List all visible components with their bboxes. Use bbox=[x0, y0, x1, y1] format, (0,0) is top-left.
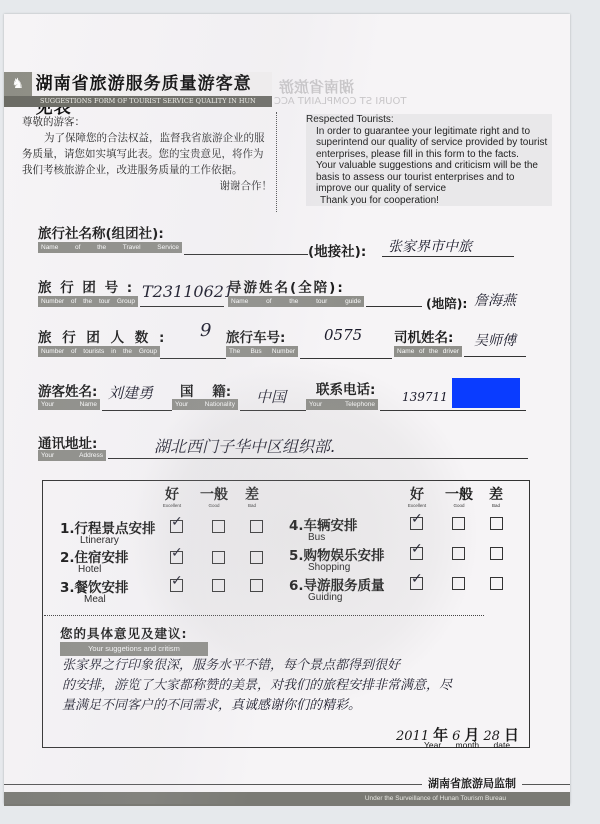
suggestions-textarea[interactable]: 张家界之行印象很深，服务水平不错，每个景点都得到很好 的安排，游览了大家都称赞的… bbox=[62, 656, 512, 716]
rating-item-bus: 4.车辆安排 bbox=[289, 514, 358, 534]
checkbox-hotel-good[interactable] bbox=[212, 551, 225, 564]
date-labels-en: Year month date bbox=[424, 740, 510, 750]
travel-service-label: 旅行社名称(组团社): bbox=[38, 222, 164, 242]
tourist-count-label-en: Number of tourists in the Group bbox=[38, 346, 160, 357]
bleed-through-subtitle: TOURI ST COMPLAINT ACC bbox=[274, 96, 407, 107]
label-en-word: Your bbox=[175, 399, 188, 410]
local-agency-value[interactable]: 张家界市中旅 bbox=[388, 236, 472, 256]
rating-divider bbox=[44, 615, 484, 616]
label-en-word: driver bbox=[443, 346, 459, 357]
horse-logo-icon: ♞ bbox=[4, 72, 32, 96]
label-en-word: Number bbox=[272, 346, 295, 357]
local-agency-field[interactable] bbox=[382, 256, 514, 257]
col-label-en: Good bbox=[196, 503, 232, 508]
bus-number-field[interactable] bbox=[300, 358, 392, 359]
label-en-word: Your bbox=[41, 450, 54, 461]
intro-en-para1: In order to guarantee your legitimate ri… bbox=[306, 126, 552, 161]
rating-item-meal: 3.餐饮安排 bbox=[60, 576, 129, 596]
rating-item-itinerary-en: Ltinerary bbox=[80, 535, 119, 546]
nationality-label-en: Your Nationality bbox=[172, 399, 238, 410]
rating-item-meal-en: Meal bbox=[84, 594, 106, 605]
col-excellent-left: 好 Excellent bbox=[154, 488, 190, 508]
label-en-word: Name bbox=[80, 399, 97, 410]
address-value[interactable]: 湖北西门子华中区组织部. bbox=[154, 434, 335, 457]
label-en-word: in bbox=[111, 346, 116, 357]
telephone-value[interactable]: 139711 bbox=[402, 390, 448, 404]
col-label-en: Excellent bbox=[154, 503, 190, 508]
checkbox-shopping-good[interactable] bbox=[452, 547, 465, 560]
checkbox-itinerary-bad[interactable] bbox=[250, 520, 263, 533]
suggestions-line: 的安排，游览了大家都称赞的美景，对我们的旅程安排非常满意，尽 bbox=[62, 676, 512, 696]
your-name-label: 游客姓名: bbox=[38, 380, 97, 400]
col-label-en: Good bbox=[441, 503, 477, 508]
local-agency-label: (地接社): bbox=[308, 240, 366, 260]
col-label-en: Excellent bbox=[399, 503, 435, 508]
suggestions-label-en: Your suggetions and critism bbox=[60, 642, 208, 656]
checkbox-meal-good[interactable] bbox=[212, 579, 225, 592]
checkbox-guiding-bad[interactable] bbox=[490, 577, 503, 590]
label-en-word: tour bbox=[316, 296, 327, 307]
tour-guide-label-en: Name of the tour guide bbox=[228, 296, 364, 307]
footer-supervisor-en: Under the Surveillance of Hunan Tourism … bbox=[4, 792, 570, 806]
label-en-word: Nationality bbox=[205, 399, 235, 410]
rating-item-hotel-en: Hotel bbox=[78, 564, 101, 575]
col-label-cn: 好 bbox=[399, 488, 435, 503]
checkbox-guiding-excellent[interactable] bbox=[410, 577, 423, 590]
label-en-word: Group bbox=[117, 296, 135, 307]
col-good-right: 一般 Good bbox=[441, 488, 477, 508]
checkbox-bus-bad[interactable] bbox=[490, 517, 503, 530]
suggestions-label: 您的具体意见及建议: bbox=[60, 624, 188, 642]
label-en-word: Address bbox=[79, 450, 103, 461]
driver-name-label-en: Name of the driver bbox=[394, 346, 462, 357]
label-en-word: Number bbox=[41, 296, 64, 307]
tour-group-number-field[interactable] bbox=[140, 306, 224, 307]
tour-group-number-label-en: Number of the tour Group bbox=[38, 296, 138, 307]
intro-en-para2: Your valuable suggestions and criticism … bbox=[306, 160, 552, 195]
label-en-word: Travel bbox=[123, 242, 141, 253]
label-en-word: the bbox=[289, 296, 298, 307]
checkbox-guiding-good[interactable] bbox=[452, 577, 465, 590]
tour-group-number-label: 旅 行 团 号 : bbox=[38, 276, 134, 296]
intro-cn-greeting: 尊敬的游客： bbox=[22, 114, 272, 130]
telephone-label: 联系电话: bbox=[316, 378, 375, 398]
col-label-cn: 差 bbox=[234, 488, 270, 503]
address-label: 通讯地址: bbox=[38, 432, 97, 452]
checkbox-meal-bad[interactable] bbox=[250, 579, 263, 592]
travel-service-field[interactable] bbox=[184, 254, 308, 255]
label-en-word: of bbox=[71, 296, 76, 307]
bus-number-value[interactable]: 0575 bbox=[324, 326, 362, 344]
telephone-field[interactable] bbox=[380, 410, 526, 411]
col-label-cn: 好 bbox=[154, 488, 190, 503]
tour-group-number-value[interactable]: T23110621 bbox=[142, 282, 234, 301]
label-en-word: of bbox=[419, 346, 424, 357]
driver-name-value[interactable]: 吴师傅 bbox=[474, 330, 516, 350]
checkbox-hotel-bad[interactable] bbox=[250, 551, 263, 564]
bus-number-label-en: The Bus Number bbox=[226, 346, 298, 357]
label-en-word: Your bbox=[309, 399, 322, 410]
checkbox-shopping-excellent[interactable] bbox=[410, 547, 423, 560]
nationality-field[interactable] bbox=[240, 410, 306, 411]
checkbox-bus-good[interactable] bbox=[452, 517, 465, 530]
your-name-label-en: Your Name bbox=[38, 399, 100, 410]
label-en-word: Number bbox=[41, 346, 64, 357]
label-en-word: Group bbox=[139, 346, 157, 357]
intro-cn-thanks: 谢谢合作！ bbox=[22, 178, 272, 194]
your-name-value[interactable]: 刘建勇 bbox=[108, 382, 153, 403]
intro-chinese: 尊敬的游客： 为了保障您的合法权益，监督我省旅游企业的服务质量，请您如实填写此表… bbox=[22, 114, 272, 194]
label-en-word: tour bbox=[99, 296, 110, 307]
feedback-form-paper: ♞ 湖南省旅游服务质量游客意见表 SUGGESTIONS FORM OF TOU… bbox=[4, 14, 570, 804]
tour-guide-label: 导游姓名(全陪): bbox=[228, 276, 345, 296]
intro-cn-body: 为了保障您的合法权益，监督我省旅游企业的服务质量，请您如实填写此表。您的宝贵意见… bbox=[22, 130, 272, 178]
rating-item-shopping: 5.购物娱乐安排 bbox=[289, 544, 385, 564]
intro-english: Respected Tourists: In order to guarante… bbox=[306, 114, 552, 206]
rating-item-bus-en: Bus bbox=[308, 532, 325, 543]
suggestions-line: 量满足不同客户的不同需求，真诚感谢你们的精彩。 bbox=[62, 696, 512, 716]
col-good-left: 一般 Good bbox=[196, 488, 232, 508]
bus-number-label: 旅行车号: bbox=[226, 326, 285, 346]
label-en-word: of bbox=[71, 346, 76, 357]
tourist-count-value[interactable]: 9 bbox=[200, 320, 211, 341]
bleed-through-title: 湖南省旅游 bbox=[279, 76, 354, 97]
rating-item-itinerary: 1.行程景点安排 bbox=[60, 517, 156, 537]
label-en-word: The bbox=[229, 346, 240, 357]
address-field[interactable] bbox=[108, 458, 528, 459]
label-en-word: tourists bbox=[83, 346, 104, 357]
form-title-cn: 湖南省旅游服务质量游客意见表 bbox=[32, 72, 272, 96]
rating-item-hotel: 2.住宿安排 bbox=[60, 546, 129, 566]
rating-item-guiding: 6.导游服务质量 bbox=[289, 574, 385, 594]
label-en-word: Your bbox=[41, 399, 54, 410]
driver-name-label: 司机姓名: bbox=[394, 326, 453, 346]
tour-guide-field[interactable] bbox=[366, 306, 422, 307]
suggestions-line: 张家界之行印象很深，服务水平不错，每个景点都得到很好 bbox=[62, 656, 512, 676]
label-en-word: Name bbox=[41, 242, 58, 253]
rating-item-shopping-en: Shopping bbox=[308, 562, 350, 573]
telephone-label-en: Your Telephone bbox=[306, 399, 378, 410]
form-title-en: SUGGESTIONS FORM OF TOURIST SERVICE QUAL… bbox=[4, 96, 272, 107]
label-en-word: Name bbox=[231, 296, 248, 307]
address-label-en: Your Address bbox=[38, 450, 106, 461]
label-en-word: the bbox=[123, 346, 132, 357]
intro-en-greeting: Respected Tourists: bbox=[306, 114, 552, 126]
col-label-cn: 一般 bbox=[196, 488, 232, 503]
checkbox-shopping-bad[interactable] bbox=[490, 547, 503, 560]
checkbox-hotel-excellent[interactable] bbox=[170, 551, 183, 564]
intro-divider bbox=[276, 112, 277, 212]
telephone-redaction bbox=[452, 378, 520, 408]
checkbox-meal-excellent[interactable] bbox=[170, 579, 183, 592]
checkbox-bus-excellent[interactable] bbox=[410, 517, 423, 530]
local-guide-label: (地陪): bbox=[426, 294, 467, 312]
checkbox-itinerary-good[interactable] bbox=[212, 520, 225, 533]
label-en-word: the bbox=[97, 242, 106, 253]
your-name-field[interactable] bbox=[102, 410, 172, 411]
col-bad-left: 差 Bad bbox=[234, 488, 270, 508]
label-en-word: of bbox=[75, 242, 80, 253]
label-en-word: Telephone bbox=[345, 399, 375, 410]
footer-supervisor-cn: 湖南省旅游局监制 bbox=[422, 775, 522, 791]
col-label-cn: 一般 bbox=[441, 488, 477, 503]
label-en-word: of bbox=[266, 296, 271, 307]
col-label-cn: 差 bbox=[478, 488, 514, 503]
local-guide-value[interactable]: 詹海燕 bbox=[474, 290, 516, 310]
checkbox-itinerary-excellent[interactable] bbox=[170, 520, 183, 533]
col-bad-right: 差 Bad bbox=[478, 488, 514, 508]
form-title-bar: ♞ 湖南省旅游服务质量游客意见表 bbox=[4, 72, 272, 96]
intro-en-thanks: Thank you for cooperation! bbox=[306, 195, 552, 207]
nationality-label: 国 籍: bbox=[180, 380, 231, 400]
rating-item-guiding-en: Guiding bbox=[308, 592, 342, 603]
label-en-word: guide bbox=[345, 296, 361, 307]
col-label-en: Bad bbox=[234, 503, 270, 508]
col-label-en: Bad bbox=[478, 503, 514, 508]
label-en-word: Service bbox=[157, 242, 179, 253]
tourist-count-field[interactable] bbox=[160, 358, 226, 359]
label-en-word: Name bbox=[397, 346, 414, 357]
label-en-word: Bus bbox=[250, 346, 261, 357]
nationality-value[interactable]: 中国 bbox=[256, 386, 286, 407]
label-en-word: the bbox=[429, 346, 438, 357]
tourist-count-label: 旅 行 团 人 数 : bbox=[38, 326, 167, 346]
driver-name-field[interactable] bbox=[464, 356, 526, 357]
travel-service-label-en: Name of the Travel Service bbox=[38, 242, 182, 253]
label-en-word: the bbox=[83, 296, 92, 307]
col-excellent-right: 好 Excellent bbox=[399, 488, 435, 508]
